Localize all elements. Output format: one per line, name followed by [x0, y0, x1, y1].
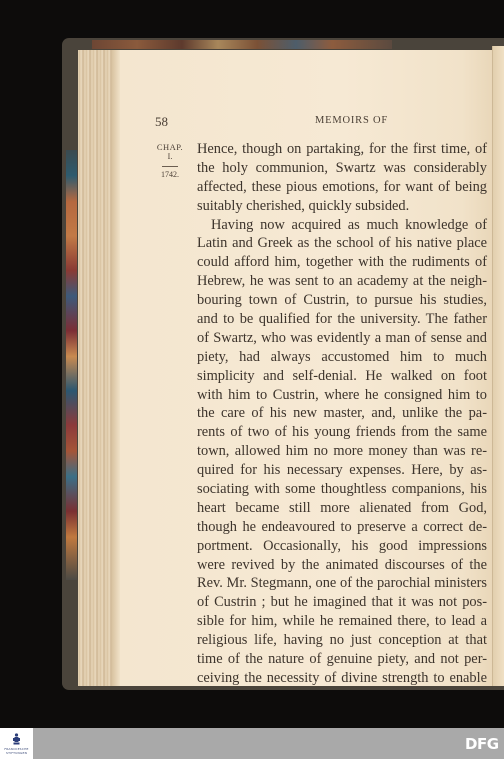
body-text: Hence, though on partaking, for the firs…	[197, 140, 487, 688]
text-line: rents of two of his young friends from t…	[197, 423, 487, 442]
text-line: of Swartz, who was evidently a man of se…	[197, 329, 487, 348]
document-viewer: 58 MEMOIRS OF CHAP. I. 1742. Hence, thou…	[0, 0, 504, 728]
library-caption: FRANCKESCHE STIFTUNGEN	[2, 747, 31, 755]
library-emblem-icon	[12, 733, 21, 745]
text-line: were revived by the animated discourses …	[197, 556, 487, 575]
text-line: the care of his new master, and, unlike …	[197, 404, 487, 423]
text-line: affected, these pious emotions, for want…	[197, 178, 487, 197]
text-line: sible for him, while he remained there, …	[197, 612, 487, 631]
text-line: ceiving the necessity of divine strength…	[197, 669, 487, 688]
marbled-top-edge	[92, 40, 392, 49]
facing-page-edge	[492, 46, 504, 686]
page-gutter	[112, 50, 120, 686]
running-head: 58 MEMOIRS OF	[155, 114, 485, 130]
running-head-title: MEMOIRS OF	[315, 115, 388, 126]
dfg-logo[interactable]: DFG	[465, 735, 499, 753]
text-line: simplicity and self-denial. He walked on…	[197, 367, 487, 386]
text-line: though he endeavoured to preserve a corr…	[197, 518, 487, 537]
text-line: bouring town of Custrin, to pursue his s…	[197, 291, 487, 310]
library-logo[interactable]: FRANCKESCHE STIFTUNGEN	[0, 728, 33, 759]
sidenote-chapter-label: CHAP.	[155, 143, 185, 152]
sidenote-rule	[162, 166, 178, 167]
margin-sidenote: CHAP. I. 1742.	[155, 143, 185, 179]
text-line: quired for his necessary expenses. Here,…	[197, 461, 487, 480]
text-line: of Custrin ; but he imagined that it was…	[197, 593, 487, 612]
text-line: the holy communion, Swartz was considera…	[197, 159, 487, 178]
text-line: heart became still more alienated from G…	[197, 499, 487, 518]
viewer-footer: FRANCKESCHE STIFTUNGEN DFG	[0, 728, 504, 759]
text-line: with him to Custrin, where he consigned …	[197, 386, 487, 405]
text-line: Hebrew, he was sent to an academy at the…	[197, 272, 487, 291]
text-line: Having now acquired as much knowledge of	[197, 216, 487, 235]
text-line: portment. Occasionally, his good impress…	[197, 537, 487, 556]
text-line: religious life, having no just conceptio…	[197, 631, 487, 650]
page-number: 58	[155, 114, 168, 130]
sidenote-year: 1742.	[155, 170, 185, 179]
text-line: Hence, though on partaking, for the firs…	[197, 140, 487, 159]
text-line: town, allowed him no more money than was…	[197, 442, 487, 461]
text-line: Rev. Mr. Stegmann, one of the parochial …	[197, 574, 487, 593]
text-line: suitably cherished, quickly subsided.	[197, 197, 487, 216]
sidenote-chapter-number: I.	[155, 152, 185, 161]
text-line: could afford him, together with the rudi…	[197, 253, 487, 272]
marbled-spine-edge	[66, 150, 77, 580]
library-caption-line-2: STIFTUNGEN	[2, 751, 31, 755]
text-line: sociating with some thoughtless companio…	[197, 480, 487, 499]
text-line: time of the nature of genuine piety, and…	[197, 650, 487, 669]
text-line: and to be qualified for the university. …	[197, 310, 487, 329]
text-line: piety, had always accustomed him to much	[197, 348, 487, 367]
text-line: Latin and Greek as the school of his nat…	[197, 234, 487, 253]
